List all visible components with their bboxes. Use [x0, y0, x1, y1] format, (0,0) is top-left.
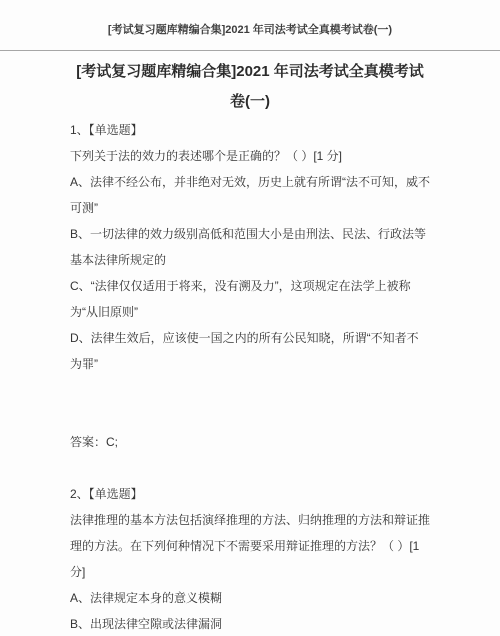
question-1-option-a: A、法律不经公布，并非绝对无效，历史上就有所谓“法不可知，威不可测” [70, 169, 430, 221]
document-page: [考试复习题库精编合集]2021 年司法考试全真模考试卷(一) [考试复习题库精… [0, 0, 500, 636]
question-1-option-d: D、法律生效后，应该使一国之内的所有公民知晓，所谓“不知者不为罪” [70, 325, 430, 377]
document-title: [考试复习题库精编合集]2021 年司法考试全真模考试卷(一) [70, 57, 430, 117]
question-1-block: 1、【单选题】 下列关于法的效力的表述哪个是正确的？（ ）[1 分] A、法律不… [70, 117, 430, 455]
question-2-option-b: B、出现法律空隙或法律漏洞 [70, 611, 430, 636]
question-2-stem: 法律推理的基本方法包括演绎推理的方法、归纳推理的方法和辩证推理的方法。在下列何种… [70, 507, 430, 585]
question-1-option-c: C、“法律仅仅适用于将来，没有溯及力”，这项规定在法学上被称为“从旧原则” [70, 273, 430, 325]
document-body: 1、【单选题】 下列关于法的效力的表述哪个是正确的？（ ）[1 分] A、法律不… [70, 117, 430, 636]
question-2-option-a: A、法律规定本身的意义模糊 [70, 585, 430, 611]
page-header-text: [考试复习题库精编合集]2021 年司法考试全真模考试卷(一) [0, 23, 500, 37]
question-1-option-b: B、一切法律的效力级别高低和范围大小是由刑法、民法、行政法等基本法律所规定的 [70, 221, 430, 273]
question-1-stem: 下列关于法的效力的表述哪个是正确的？（ ）[1 分] [70, 143, 430, 169]
question-1-number-label: 1、【单选题】 [70, 117, 430, 143]
question-1-answer: 答案：C; [70, 429, 430, 455]
question-2-block: 2、【单选题】 法律推理的基本方法包括演绎推理的方法、归纳推理的方法和辩证推理的… [70, 481, 430, 636]
question-2-number-label: 2、【单选题】 [70, 481, 430, 507]
header-divider [0, 50, 500, 51]
